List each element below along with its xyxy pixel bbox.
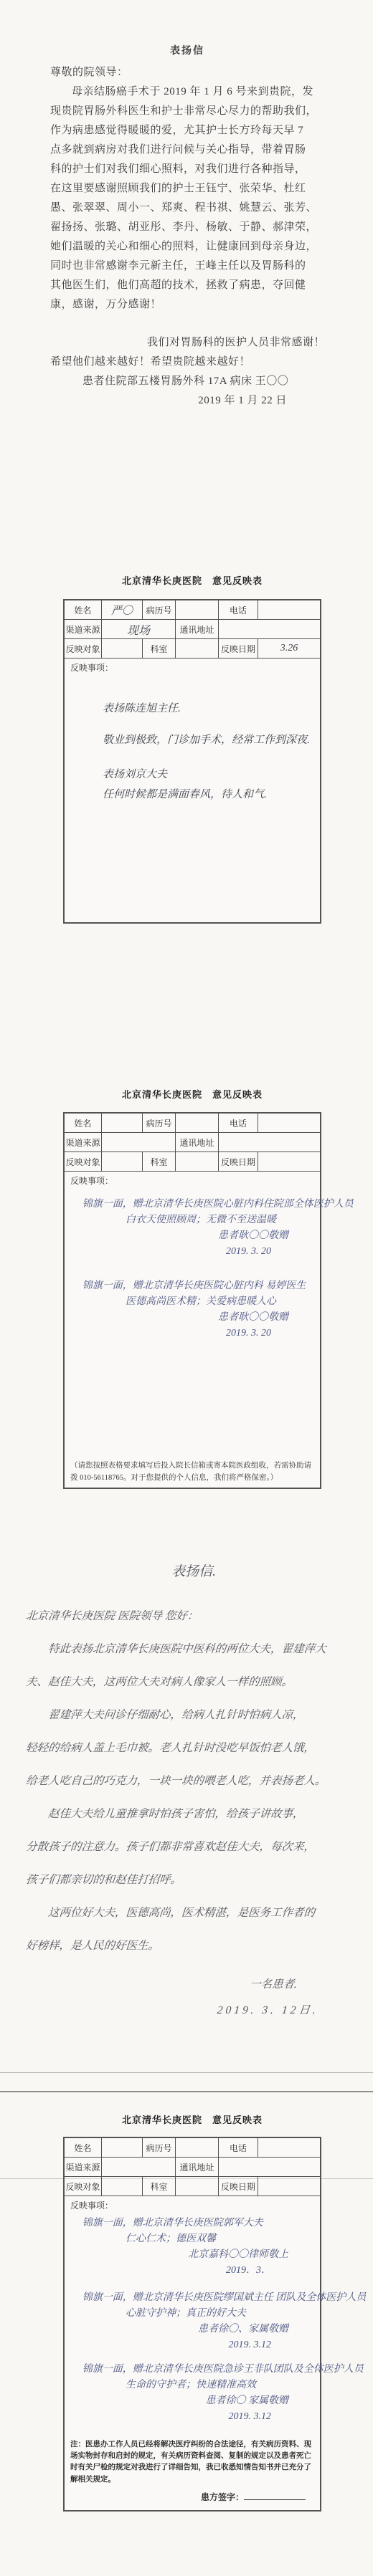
label-channel: 渠道来源 (65, 620, 102, 639)
label-name: 姓名 (65, 600, 102, 620)
form3-title: 北京清华长庚医院 意见反映表 (63, 2112, 321, 2126)
letter-line: 孩子们都亲切的和赵佳打招呼。 (24, 1864, 362, 1897)
entry-date: 2019. 3.12 (70, 2337, 313, 2353)
banner-entry: 锦旗一面，赠北京清华长庚医院缪国斌主任 团队及全体医护人员 心脏守护神；真正的好… (70, 2290, 313, 2353)
label-address: 通讯地址 (176, 2158, 219, 2177)
value-record-no (176, 1114, 219, 1133)
entry-line-1: 锦旗一面，赠北京清华长庚医院急诊王非队团队及全体医护人员 (70, 2362, 313, 2378)
label-department: 科室 (143, 2177, 176, 2196)
letter-closing-line: 我们对胃肠科的医护人员非常感谢！ (50, 333, 324, 353)
entry-date: 2019. 3.12 (70, 2409, 313, 2425)
form2-items-area: 反映事项： 锦旗一面，赠北京清华长庚医院心脏内科住院部全体医护人员 白衣天使照顾… (65, 1172, 320, 1488)
signature-blank-line (244, 2491, 306, 2500)
value-feedback-date (258, 2177, 320, 2196)
label-channel: 渠道来源 (65, 2158, 102, 2177)
letter-title: 表扬信. (26, 1561, 362, 1580)
label-feedback-date: 反映日期 (219, 1152, 258, 1172)
letter-line: 轻轻的给病人盖上毛巾被。老人扎针时没吃早饭怕老人饿， (24, 1732, 362, 1765)
letter-line: 北京清华长庚医院 医院领导 您好： (24, 1600, 362, 1633)
form1-row-2: 渠道来源 现场 通讯地址 (65, 620, 320, 639)
letter-date: 2019 年 1 月 22 日 (50, 391, 324, 411)
form1-content-line: 表扬刘京大夫 (70, 767, 313, 782)
letter-line: 特此表扬北京清华长庚医院中医科的两位大夫，翟建萍大 (24, 1633, 362, 1666)
label-subject: 反映对象 (65, 639, 102, 659)
label-address: 通讯地址 (176, 620, 219, 639)
value-subject (102, 2177, 143, 2196)
letter-line: 赵佳大夫给儿童推拿时怕孩子害怕，给孩子讲故事， (24, 1798, 362, 1831)
value-subject (102, 639, 143, 659)
value-department (176, 639, 219, 659)
form2-row-1: 姓名 病历号 电话 (65, 1114, 320, 1133)
entry-line-1: 锦旗一面，赠北京清华长庚医院心脏内科 易婷医生 (70, 1278, 313, 1294)
form1-title: 北京清华长庚医院 意见反映表 (63, 573, 321, 587)
value-name: 严〇 (102, 600, 143, 620)
letter-body-line: 其他医生们，他们高超的技术，拯救了病患，夺回健 (50, 276, 324, 295)
entry-signer: 患者徐〇、家属敬赠 (70, 2322, 313, 2337)
letter-line: 好榜样，是人民的好医生。 (24, 1930, 362, 1963)
label-phone: 电话 (219, 1114, 258, 1133)
value-channel: 现场 (102, 620, 176, 639)
form3-items-area: 反映事项： 锦旗一面，赠北京清华长庚医院郭军大夫 仁心仁术；德医双馨 北京嘉科〇… (65, 2196, 320, 2510)
value-channel (102, 2158, 176, 2177)
letter-body-line: 在这里要感谢照顾我们的护士王钰宁、张荣华、杜红 (50, 179, 324, 198)
label-phone: 电话 (219, 600, 258, 620)
label-items: 反映事项： (70, 2199, 313, 2211)
letter-body-line: 同时也非常感谢李元新主任，王峰主任以及胃肠科的 (50, 257, 324, 276)
feedback-form-3: 姓名 病历号 电话 渠道来源 通讯地址 反映对象 科室 反映日期 反映事项： 锦… (63, 2137, 321, 2512)
label-record-no: 病历号 (143, 1114, 176, 1133)
entry-signer: 患者耿〇〇敬赠 (70, 1310, 313, 1326)
typed-praise-letter: 表扬信 尊敬的院领导： 母亲结肠癌手术于 2019 年 1 月 6 号来到贵院，… (50, 43, 324, 411)
letter-line: 夫、赵佳大夫，这两位大夫对病人像家人一样的照顾。 (24, 1666, 362, 1699)
form2-row-2: 渠道来源 通讯地址 (65, 1133, 320, 1152)
letter-date: 2019. 3. 12日. (25, 2001, 362, 2017)
value-record-no (176, 600, 219, 620)
legal-notice: 注：医患办工作人员已经将解决医疗纠纷的合法途径，有关病历资料、现场实物封存和启封… (70, 2439, 314, 2486)
feedback-form-2: 姓名 病历号 电话 渠道来源 通讯地址 反映对象 科室 反映日期 反映事项： 锦… (63, 1112, 321, 1489)
letter-salutation: 尊敬的院领导： (50, 63, 324, 82)
scan-artifact-line (0, 2072, 373, 2073)
entry-signer: 患者耿〇〇敬赠 (70, 1228, 313, 1244)
letter-line: 这两位好大夫，医德高尚，医术精湛，是医务工作者的 (24, 1897, 362, 1930)
value-name (102, 2138, 143, 2158)
value-feedback-date: 3.26 (258, 639, 320, 659)
letter-body-line: 康，感谢，万分感谢！ (50, 295, 324, 315)
form3-row-3: 反映对象 科室 反映日期 (65, 2177, 320, 2196)
letter-body-line: 科的护士们对我们细心照料，对我们进行各种指导， (50, 160, 324, 179)
form1-content-line: 任何时候都是满面春风，待人和气. (70, 787, 313, 803)
value-address (219, 620, 320, 639)
label-record-no: 病历号 (143, 2138, 176, 2158)
form3-row-2: 渠道来源 通讯地址 (65, 2158, 320, 2177)
entry-line-2: 仁心仁术；德医双馨 (70, 2231, 313, 2247)
label-feedback-date: 反映日期 (219, 639, 258, 659)
letter-body-line: 她们温暖的关心和细心的照料，让健康回到母亲身边， (50, 237, 324, 257)
form3-row-1: 姓名 病历号 电话 (65, 2138, 320, 2158)
value-address (219, 2158, 320, 2177)
patient-signature-label: 患方签字： (201, 2492, 244, 2502)
letter-body-line: 现贵院胃肠外科医生和护士非常尽心尽力的帮助我们， (50, 102, 324, 121)
entry-line-2: 心脏守护神；真正的好大夫 (70, 2306, 313, 2322)
banner-entry: 锦旗一面，赠北京清华长庚医院心脏内科 易婷医生 医德高尚医术精；关爱病患暖人心 … (70, 1278, 313, 1341)
value-phone (258, 600, 320, 620)
banner-entry: 锦旗一面，赠北京清华长庚医院急诊王非队团队及全体医护人员 生命的守护者；快速精准… (70, 2362, 313, 2425)
label-channel: 渠道来源 (65, 1133, 102, 1152)
letter-line: 分散孩子的注意力。孩子们都非常喜欢赵佳大夫，每次来， (24, 1831, 362, 1864)
value-subject (102, 1152, 143, 1172)
label-items: 反映事项： (70, 661, 313, 674)
value-channel (102, 1133, 176, 1152)
value-phone (258, 1114, 320, 1133)
entry-line-2: 生命的守护者；快速精准高效 (70, 2378, 313, 2393)
letter-line: 给老人吃自己的巧克力，一块一块的喂老人吃，并表扬老人。 (24, 1765, 362, 1798)
letter-body-line: 母亲结肠癌手术于 2019 年 1 月 6 号来到贵院，发 (50, 82, 324, 102)
form-footer-note: （请您按照表格要求填写后投入院长信箱或寄本院医政组收，若需协助请拨 010-56… (70, 1460, 314, 1484)
letter-line: 翟建萍大夫问诊仔细耐心，给病人扎针时怕病人凉， (24, 1699, 362, 1732)
letter-closing-line: 希望他们越来越好！希望贵院越来越好！ (50, 353, 324, 372)
label-subject: 反映对象 (65, 2177, 102, 2196)
entry-line-2: 白衣天使照顾周；无微不至送温暖 (70, 1212, 313, 1228)
value-address (219, 1133, 320, 1152)
entry-date: 2019. 3. 20 (70, 1326, 313, 1341)
entry-signer: 患者徐〇 家属敬赠 (70, 2393, 313, 2409)
label-feedback-date: 反映日期 (219, 2177, 258, 2196)
letter-signer: 一名患者. (25, 1976, 362, 1991)
label-subject: 反映对象 (65, 1152, 102, 1172)
form1-row-1: 姓名 严〇 病历号 电话 (65, 600, 320, 620)
label-department: 科室 (143, 1152, 176, 1172)
label-address: 通讯地址 (176, 1133, 219, 1152)
form1-content-line: 敬业到极致，门诊加手术，经常工作到深夜. (70, 732, 313, 748)
label-phone: 电话 (219, 2138, 258, 2158)
label-record-no: 病历号 (143, 600, 176, 620)
letter-body-line: 翟扬扬、张璐、胡亚彤、李丹、杨敏、于静、郝津荣， (50, 218, 324, 237)
feedback-form-1: 姓名 严〇 病历号 电话 渠道来源 现场 通讯地址 反映对象 科室 反映日期 3… (63, 599, 321, 924)
value-feedback-date (258, 1152, 320, 1172)
entry-line-1: 锦旗一面，赠北京清华长庚医院郭军大夫 (70, 2216, 313, 2231)
entry-signer: 北京嘉科〇〇律师敬上 (70, 2247, 313, 2263)
letter-title: 表扬信 (50, 43, 324, 57)
value-department (176, 2177, 219, 2196)
form2-title: 北京清华长庚医院 意见反映表 (63, 1087, 321, 1101)
banner-entry: 锦旗一面，赠北京清华长庚医院心脏内科住院部全体医护人员 白衣天使照顾周；无微不至… (70, 1197, 313, 1260)
label-name: 姓名 (65, 2138, 102, 2158)
label-items: 反映事项： (70, 1174, 313, 1187)
entry-line-1: 锦旗一面，赠北京清华长庚医院心脏内科住院部全体医护人员 (70, 1197, 313, 1212)
banner-entry: 锦旗一面，赠北京清华长庚医院郭军大夫 仁心仁术；德医双馨 北京嘉科〇〇律师敬上 … (70, 2216, 313, 2279)
entry-date: 2019. 3. 20 (70, 1244, 313, 1260)
letter-spacer (50, 315, 324, 333)
value-department (176, 1152, 219, 1172)
form1-row-3: 反映对象 科室 反映日期 3.26 (65, 639, 320, 659)
scan-artifact-line (0, 2091, 373, 2092)
scanned-documents-page: { "letter1": { "title": "表扬信", "salutati… (0, 0, 373, 2576)
label-department: 科室 (143, 639, 176, 659)
form1-content-line: 表扬陈连旭主任. (70, 701, 313, 717)
letter-signer: 患者住院部五楼胃肠外科 17A 病床 王〇〇 (50, 372, 324, 391)
entry-line-2: 医德高尚医术精；关爱病患暖人心 (70, 1294, 313, 1310)
form2-row-3: 反映对象 科室 反映日期 (65, 1152, 320, 1172)
letter-body-line: 点多就到病房对我们进行问候与关心指导，带着胃肠 (50, 140, 324, 160)
value-record-no (176, 2138, 219, 2158)
value-phone (258, 2138, 320, 2158)
label-name: 姓名 (65, 1114, 102, 1133)
letter-body-line: 作为病患感觉得暖暖的爱，尤其护士长方玲每天早 7 (50, 121, 324, 140)
form1-items-area: 反映事项： 表扬陈连旭主任. 敬业到极致，门诊加手术，经常工作到深夜. 表扬刘京… (65, 659, 320, 922)
patient-signature-row: 患方签字： (201, 2491, 306, 2503)
handwritten-praise-letter: 表扬信. 北京清华长庚医院 医院领导 您好： 特此表扬北京清华长庚医院中医科的两… (26, 1561, 362, 2017)
entry-date: 2019．3． (70, 2263, 313, 2279)
letter-body-line: 愚、张翠翠、周小一、郑爽、程书祺、姚慧云、张芳、 (50, 198, 324, 218)
value-name (102, 1114, 143, 1133)
entry-line-1: 锦旗一面，赠北京清华长庚医院缪国斌主任 团队及全体医护人员 (70, 2290, 313, 2306)
